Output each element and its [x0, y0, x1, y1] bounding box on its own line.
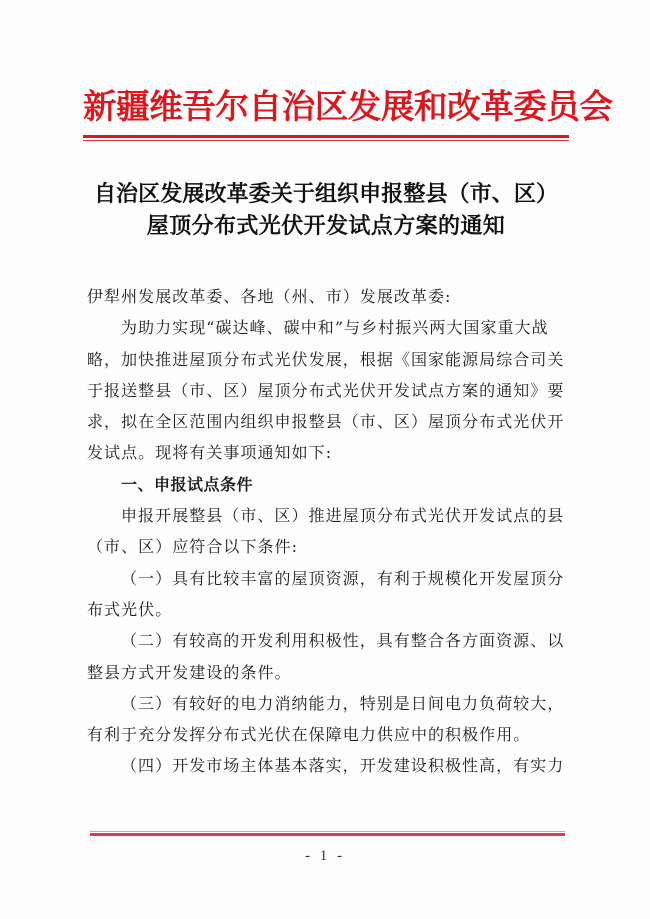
paragraph-intro-line: 为助力实现“碳达峰、碳中和”与乡村振兴两大国家重大战 [87, 312, 565, 343]
condition-item-2-cont: 整县方式开发建设的条件。 [87, 657, 565, 688]
document-title-line-1: 自治区发展改革委关于组织申报整县（市、区） [60, 178, 592, 210]
paragraph-conditions-line: （市、区）应符合以下条件: [87, 531, 565, 562]
paragraph-intro-line: 略，加快推进屋顶分布式光伏发展，根据《国家能源局综合司关 [87, 344, 565, 375]
document-page: 新疆维吾尔自治区发展和改革委员会 自治区发展改革委关于组织申报整县（市、区） 屋… [0, 0, 650, 919]
document-title-line-2: 屋顶分布式光伏开发试点方案的通知 [60, 210, 592, 242]
letterhead-org-name: 新疆维吾尔自治区发展和改革委员会 [83, 86, 569, 128]
document-body: 伊犁州发展改革委、各地（州、市）发展改革委: 为助力实现“碳达峰、碳中和”与乡村… [87, 281, 565, 782]
footer-red-rule-thick [90, 833, 565, 836]
condition-item-1: （一）具有比较丰富的屋顶资源，有利于规模化开发屋顶分 [87, 563, 565, 594]
section-heading-1: 一、申报试点条件 [87, 469, 565, 500]
paragraph-intro-line: 于报送整县（市、区）屋顶分布式光伏开发试点方案的通知》要 [87, 375, 565, 406]
letterhead-red-rule-thin [83, 140, 569, 141]
page-number: - 1 - [0, 848, 650, 865]
letterhead-red-rule-thick [83, 135, 569, 138]
footer-red-rule-thin [90, 831, 565, 832]
condition-item-4: （四）开发市场主体基本落实，开发建设积极性高，有实力 [87, 750, 565, 781]
condition-item-3-cont: 有利于充分发挥分布式光伏在保障电力供应中的积极作用。 [87, 719, 565, 750]
paragraph-conditions-line: 申报开展整县（市、区）推进屋顶分布式光伏开发试点的县 [87, 500, 565, 531]
condition-item-2: （二）有较高的开发利用积极性，具有整合各方面资源、以 [87, 625, 565, 656]
paragraph-intro-line: 发试点。现将有关事项通知如下: [87, 437, 565, 468]
condition-item-3: （三）有较好的电力消纳能力，特别是日间电力负荷较大， [87, 688, 565, 719]
salutation: 伊犁州发展改革委、各地（州、市）发展改革委: [87, 281, 565, 312]
paragraph-intro-line: 求，拟在全区范围内组织申报整县（市、区）屋顶分布式光伏开 [87, 406, 565, 437]
condition-item-1-cont: 布式光伏。 [87, 594, 565, 625]
